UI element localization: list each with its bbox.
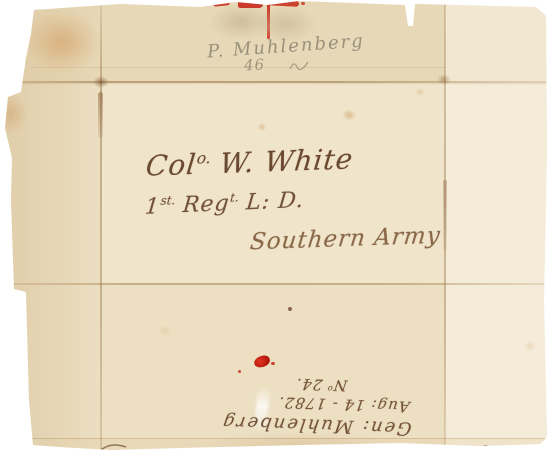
ink-flourish-bottom-left xyxy=(96,440,130,455)
docket-number-value: 24. xyxy=(294,375,329,394)
fold-line-vertical-left xyxy=(100,4,102,450)
ink-flourish-bottom-right xyxy=(477,443,497,455)
docket-inscription-rotated: Gen: Muhlenberg Aug: 14 - 1782. No 24. xyxy=(228,363,430,439)
red-wax-drip xyxy=(267,4,270,39)
pencil-number: 46 xyxy=(244,55,266,74)
red-wax-speck xyxy=(301,2,305,5)
address-line2-text: L: D. xyxy=(237,188,305,216)
fold-corner-stain-left xyxy=(93,76,109,88)
docket-number: No 24. xyxy=(234,373,348,395)
fold-corner-stain-right xyxy=(437,74,451,85)
fold-line-horizontal-bottom xyxy=(12,283,546,285)
fold-crease-mark xyxy=(443,180,447,250)
address-line1-text: Col xyxy=(144,148,198,183)
address-line2-text: Reg xyxy=(174,191,231,219)
address-line2-text: 1 xyxy=(144,194,161,220)
letter-paper: P. Muhlenberg 46 Colo. W. White 1st. Reg… xyxy=(0,0,555,455)
ink-spot xyxy=(288,307,292,311)
address-line1-name: W. White xyxy=(208,142,355,180)
scan-background: P. Muhlenberg 46 Colo. W. White 1st. Reg… xyxy=(0,0,555,455)
fold-line-horizontal-edge xyxy=(14,438,545,439)
address-line2-superscript: st. xyxy=(160,193,176,208)
red-wax-smear xyxy=(238,0,263,8)
fold-crease-mark xyxy=(98,92,103,138)
docket-number-text: N xyxy=(332,376,349,394)
fold-line-horizontal-faint xyxy=(30,67,445,68)
pencil-squiggle-mark xyxy=(288,58,310,72)
